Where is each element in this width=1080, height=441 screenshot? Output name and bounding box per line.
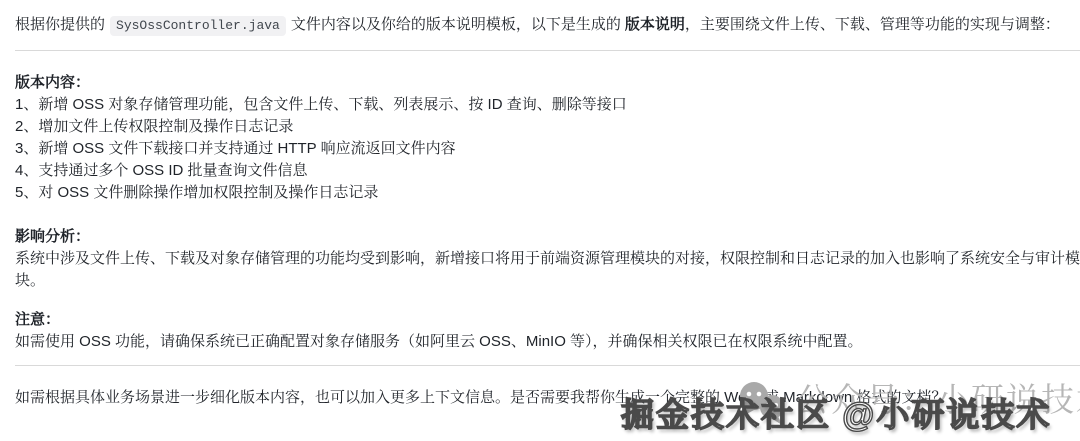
list-item: 2、增加文件上传权限控制及操作日志记录 xyxy=(15,116,1080,138)
intro-prefix: 根据你提供的 xyxy=(15,16,105,33)
list-item: 5、对 OSS 文件删除操作增加权限控制及操作日志记录 xyxy=(15,182,1080,204)
intro-middle: 文件内容以及你给的版本说明模板，以下是生成的 xyxy=(291,16,621,33)
version-content-list: 1、新增 OSS 对象存储管理功能，包含文件上传、下载、列表展示、按 ID 查询… xyxy=(15,94,1080,204)
chat-response-document: 根据你提供的SysOssController.java文件内容以及你给的版本说明… xyxy=(0,0,1080,409)
intro-suffix: ，主要围绕文件上传、下载、管理等功能的实现与调整： xyxy=(685,16,1060,33)
note-paragraph: 如需使用 OSS 功能，请确保系统已正确配置对象存储服务（如阿里云 OSS、Mi… xyxy=(15,331,1080,353)
section-divider-top xyxy=(15,50,1080,51)
inline-code-filename: SysOssController.java xyxy=(110,16,286,36)
note-heading: 注意： xyxy=(15,309,1080,331)
section-divider-bottom xyxy=(15,365,1080,366)
list-item: 1、新增 OSS 对象存储管理功能，包含文件上传、下载、列表展示、按 ID 查询… xyxy=(15,94,1080,116)
version-content-heading: 版本内容： xyxy=(15,72,1080,94)
intro-paragraph: 根据你提供的SysOssController.java文件内容以及你给的版本说明… xyxy=(15,14,1080,37)
list-item: 3、新增 OSS 文件下载接口并支持通过 HTTP 响应流返回文件内容 xyxy=(15,138,1080,160)
impact-analysis-heading: 影响分析： xyxy=(15,226,1080,248)
list-item: 4、支持通过多个 OSS ID 批量查询文件信息 xyxy=(15,160,1080,182)
version-note-term: 版本说明 xyxy=(625,16,685,33)
impact-analysis-paragraph: 系统中涉及文件上传、下载及对象存储管理的功能均受到影响，新增接口将用于前端资源管… xyxy=(15,248,1080,292)
juejin-watermark-text: 掘金技术社区 @小研说技术 xyxy=(621,397,1051,433)
